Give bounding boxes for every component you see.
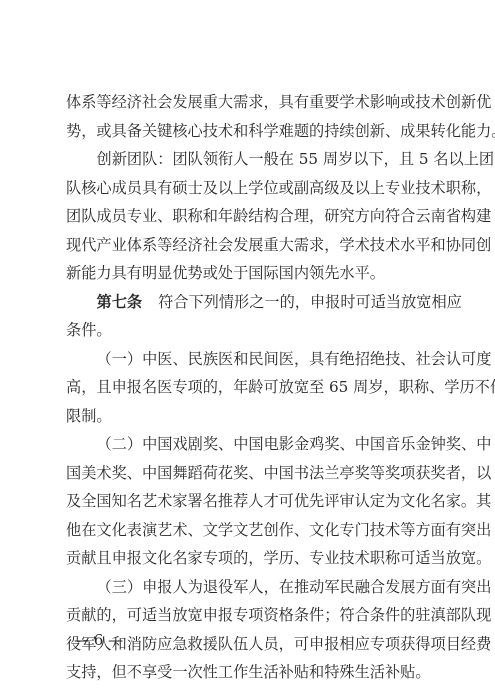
text-line: 条件。 bbox=[66, 316, 433, 345]
text-line: 队核心成员具有硕士及以上学位或副高级及以上专业技术职称， bbox=[66, 174, 433, 203]
document-body: 体系等经济社会发展重大需求，具有重要学术影响或技术创新优 势，或具备关键核心技术… bbox=[66, 88, 433, 687]
text-line: 团队成员专业、职称和年龄结构合理，研究方向符合云南省构建 bbox=[66, 202, 433, 231]
text-line: 势，或具备关键核心技术和科学难题的持续创新、成果转化能力。 bbox=[66, 117, 433, 146]
text-line: 及全国知名艺术家署名推荐人才可优先评审认定为文化名家。其 bbox=[66, 487, 433, 516]
text-line: 贡献的，可适当放宽申报专项资格条件；符合条件的驻滇部队现 bbox=[66, 601, 433, 630]
text-line: 新能力具有明显优势或处于国际国内领先水平。 bbox=[66, 259, 433, 288]
text-line: （三）申报人为退役军人，在推动军民融合发展方面有突出 bbox=[66, 573, 433, 602]
text-line: 他在文化表演艺术、文学文艺创作、文化专门技术等方面有突出 bbox=[66, 516, 433, 545]
text-line: 现代产业体系等经济社会发展重大需求，学术技术水平和协同创 bbox=[66, 231, 433, 260]
article-text: 符合下列情形之一的，申报时可适当放宽相应 bbox=[158, 293, 462, 311]
text-line: 贡献且申报文化名家专项的，学历、专业技术职称可适当放宽。 bbox=[66, 544, 433, 573]
text-line: 限制。 bbox=[66, 402, 433, 431]
text-line: 支持，但不享受一次性工作生活补贴和特殊生活补贴。 bbox=[66, 658, 433, 687]
article-heading-line: 第七条符合下列情形之一的，申报时可适当放宽相应 bbox=[66, 288, 433, 317]
text-line: 高，且申报名医专项的，年龄可放宽至 65 周岁，职称、学历不作 bbox=[66, 373, 433, 402]
text-line: （二）中国戏剧奖、中国电影金鸡奖、中国音乐金钟奖、中 bbox=[66, 430, 433, 459]
text-line: 创新团队：团队领衔人一般在 55 周岁以下，且 5 名以上团 bbox=[66, 145, 433, 174]
page-number: — 6 — bbox=[74, 630, 123, 650]
text-line: （一）中医、民族医和民间医，具有绝招绝技、社会认可度 bbox=[66, 345, 433, 374]
article-label: 第七条 bbox=[97, 293, 143, 311]
text-line: 国美术奖、中国舞蹈荷花奖、中国书法兰亭奖等奖项获奖者，以 bbox=[66, 459, 433, 488]
text-line: 体系等经济社会发展重大需求，具有重要学术影响或技术创新优 bbox=[66, 88, 433, 117]
